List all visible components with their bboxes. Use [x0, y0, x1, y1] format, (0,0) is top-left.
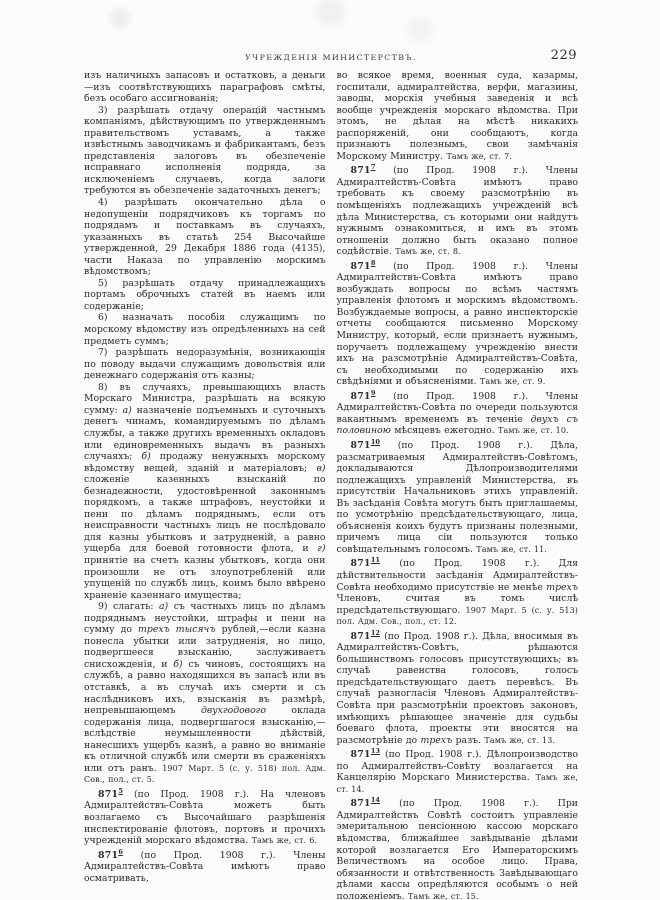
- paragraph: 8) въ случаяхъ, превышающихъ власть Морс…: [84, 382, 326, 601]
- page-number: 229: [551, 48, 577, 63]
- paragraph: 8716 (по Прод. 1908 г.). Члены Адмиралте…: [84, 847, 326, 885]
- text-run: 871: [98, 850, 118, 861]
- text-run: (по Прод. 1908 г.). Члены Адмиралтействъ…: [337, 261, 579, 387]
- text-columns: изъ наличныхъ запасовъ и остатковъ, а де…: [84, 70, 578, 900]
- text-run: (по Прод. 1908 г.). При Адмиралтействъ С…: [337, 798, 579, 900]
- text-run: Тамъ же, ст. 13.: [484, 736, 555, 745]
- paragraph: 87113 (по Прод. 1908 г.). Дѣлопроизводст…: [337, 746, 579, 795]
- text-run: 871: [351, 440, 371, 451]
- paragraph: 5) разрѣшать отдачу принадлежащихъ порта…: [84, 278, 326, 313]
- paragraph: 8718 (по Прод. 1908 г.). Члены Адмиралте…: [337, 258, 579, 388]
- text-run: мѣсяцевъ ежегодно.: [391, 425, 498, 436]
- page-header: УЧРЕЖДЕНІЯ МИНИСТЕРСТВЪ. 229: [84, 50, 578, 68]
- paragraph: 8717 (по Прод. 1908 г.). Члены Адмиралте…: [337, 162, 579, 257]
- text-run: 9) слагать:: [98, 601, 159, 612]
- text-run: изъ наличныхъ запасовъ и остатковъ, а де…: [84, 70, 326, 104]
- document-page: УЧРЕЖДЕНІЯ МИНИСТЕРСТВЪ. 229 изъ наличны…: [0, 0, 660, 900]
- text-run: трехъ: [421, 735, 453, 746]
- paragraph: 6) назначать пособія служащимъ по морско…: [84, 312, 326, 347]
- text-run: 871: [351, 558, 371, 569]
- text-run: 13: [371, 747, 380, 755]
- text-run: трехъ тысячъ: [138, 624, 216, 635]
- text-run: 7) разрѣшать недоразумѣнія, возникающія …: [84, 347, 326, 381]
- text-run: Тамъ же, ст. 11.: [476, 545, 547, 554]
- paragraph: 8719 (по Прод. 1908 г.). Члены Адмиралте…: [337, 388, 579, 437]
- text-run: 11: [371, 556, 380, 564]
- text-run: 14: [371, 796, 380, 804]
- paragraph: изъ наличныхъ запасовъ и остатковъ, а де…: [84, 70, 326, 105]
- text-run: (по Прод. 1908 г.). Дѣла, вносимыя въ Ад…: [337, 631, 579, 746]
- text-run: б): [173, 659, 182, 670]
- text-run: 871: [98, 789, 118, 800]
- text-run: трехъ: [546, 582, 578, 593]
- text-run: а): [159, 601, 168, 612]
- text-run: Тамъ же, ст. 9.: [480, 377, 545, 386]
- page-content: УЧРЕЖДЕНІЯ МИНИСТЕРСТВЪ. 229 изъ наличны…: [84, 50, 578, 900]
- text-run: 5) разрѣшать отдачу принадлежащихъ порта…: [84, 278, 326, 312]
- text-run: в): [316, 463, 325, 474]
- text-run: г): [317, 543, 325, 554]
- text-run: Тамъ же, ст. 7.: [446, 152, 511, 161]
- text-run: принятіе на счетъ казны убытковъ, когда …: [84, 555, 326, 601]
- paragraph: 3) разрѣшать отдачу операцій частнымъ ко…: [84, 105, 326, 197]
- text-run: 871: [351, 165, 371, 176]
- text-run: Тамъ же, ст. 8.: [395, 247, 460, 256]
- text-run: Тамъ же, ст. 6.: [252, 836, 317, 845]
- paragraph: во всякое время, военныя суда, казармы, …: [337, 70, 579, 162]
- text-run: Тамъ же, ст. 15.: [408, 892, 479, 900]
- paragraph: 87114 (по Прод. 1908 г.). При Адмиралтей…: [337, 795, 579, 900]
- text-run: 871: [351, 391, 371, 402]
- paragraph: 87111 (по Прод. 1908 г.). Для дѣйствител…: [337, 555, 579, 627]
- text-run: 871: [351, 631, 371, 642]
- paragraph: 9) слагать: а) съ частныхъ лицъ по дѣлам…: [84, 601, 326, 786]
- text-run: а): [123, 405, 132, 416]
- text-column-right: во всякое время, военныя суда, казармы, …: [337, 70, 579, 900]
- text-run: (по Прод. 1908 г.). Члены Адмиралтействъ…: [337, 165, 579, 257]
- text-run: 6) назначать пособія служащимъ по морско…: [84, 312, 326, 346]
- text-run: 3) разрѣшать отдачу операцій частнымъ ко…: [84, 105, 326, 197]
- text-run: разъ.: [452, 735, 484, 746]
- text-run: 871: [351, 798, 371, 809]
- paragraph: 87112 (по Прод. 1908 г.). Дѣла, вносимыя…: [337, 628, 579, 746]
- text-run: двухгодового: [201, 705, 266, 716]
- text-run: Тамъ же, ст. 10.: [498, 426, 569, 435]
- text-run: (по Прод. 1908 г.). Дѣла, разсматриваемы…: [337, 440, 579, 555]
- running-head: УЧРЕЖДЕНІЯ МИНИСТЕРСТВЪ.: [84, 53, 578, 62]
- text-run: 871: [351, 749, 371, 760]
- text-column-left: изъ наличныхъ запасовъ и остатковъ, а де…: [84, 70, 326, 900]
- paragraph: 4) разрѣшать окончательно дѣла о недопущ…: [84, 197, 326, 278]
- paragraph: 7) разрѣшать недоразумѣнія, возникающія …: [84, 347, 326, 382]
- text-run: 10: [371, 438, 380, 446]
- text-run: во всякое время, военныя суда, казармы, …: [337, 70, 579, 162]
- text-run: сложеніе казенныхъ взысканій по безнадеж…: [84, 474, 326, 554]
- text-run: 871: [351, 261, 371, 272]
- text-run: 4) разрѣшать окончательно дѣла о недопущ…: [84, 197, 326, 277]
- paragraph: 8715 (по Прод. 1908 г.). На членовъ Адми…: [84, 786, 326, 847]
- text-run: б): [141, 451, 150, 462]
- text-run: 12: [371, 629, 380, 637]
- paragraph: 87110 (по Прод. 1908 г.). Дѣла, разсматр…: [337, 437, 579, 555]
